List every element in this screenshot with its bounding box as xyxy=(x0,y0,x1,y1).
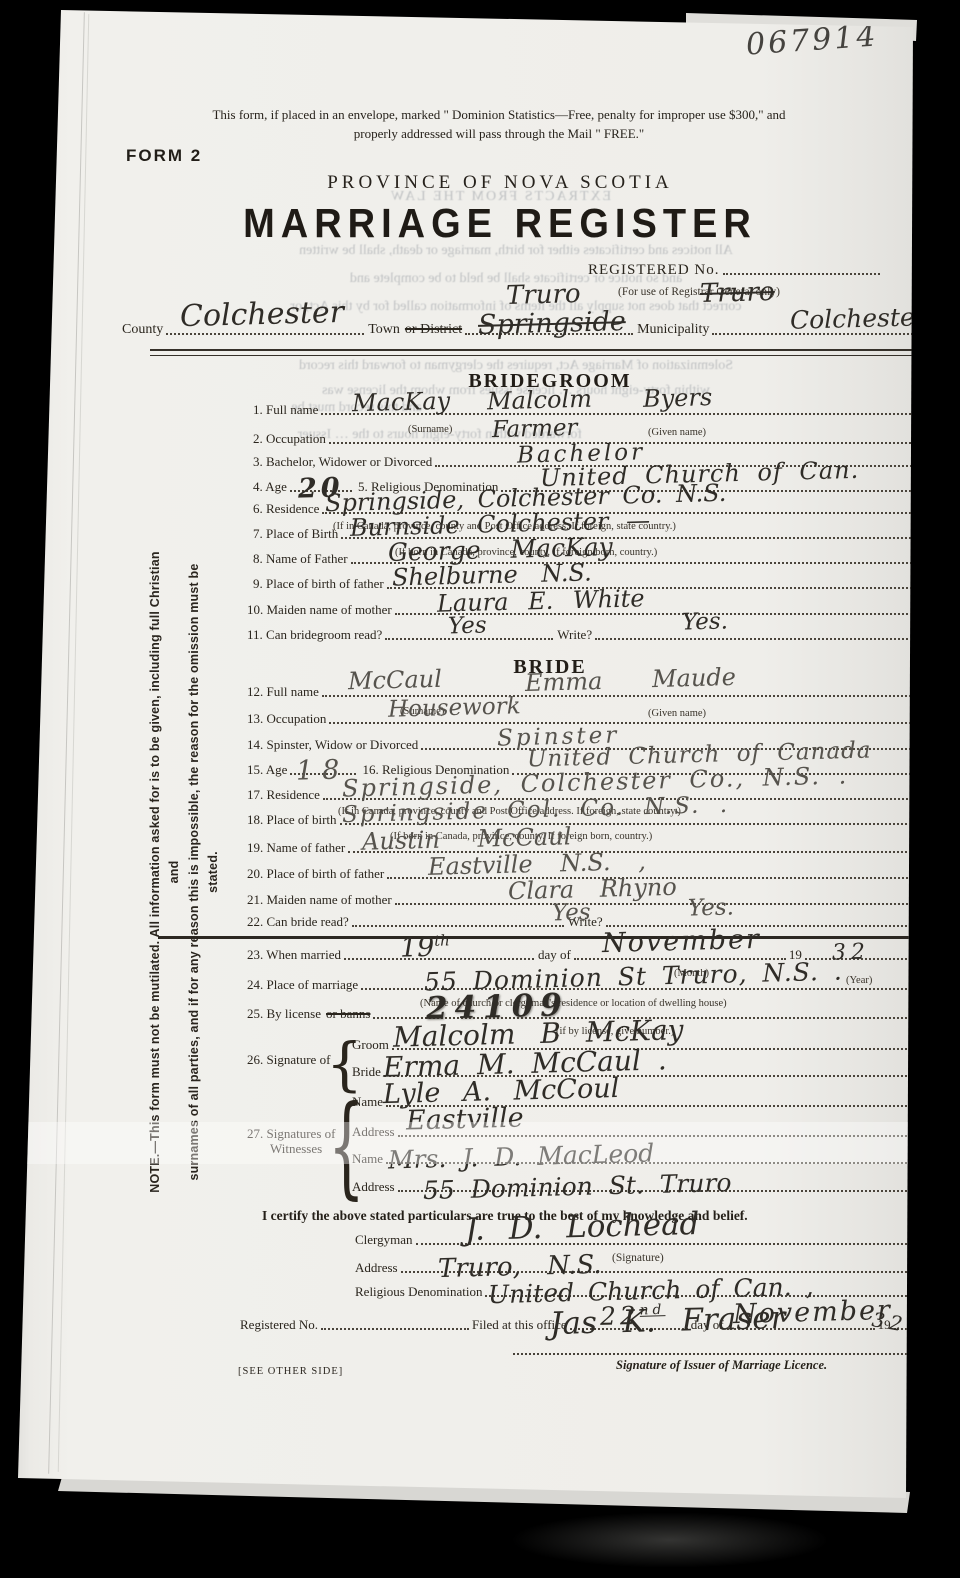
given-name-sublabel: (Given name) xyxy=(648,427,706,438)
father-birthplace-label: 9. Place of birth of father xyxy=(253,576,384,592)
bride-write-value: Yes. xyxy=(688,896,735,920)
bride-literacy-label: 22. Can bride read? xyxy=(247,914,349,930)
registered-no-bottom-label: Registered No. xyxy=(240,1317,318,1333)
form-number: FORM 2 xyxy=(126,146,202,166)
groom-father-birthplace-value: Shelburne N.S. xyxy=(392,560,592,589)
full-name-label: 1. Full name xyxy=(253,402,318,418)
town-value-struck: Springside xyxy=(478,308,626,339)
day-of-label: day of xyxy=(538,947,571,963)
section-divider-double-rule xyxy=(150,349,940,356)
issuer-signature-label: Signature of Issuer of Marriage Licence. xyxy=(616,1358,827,1373)
town-label: Town xyxy=(368,322,400,338)
groom-write-value: Yes. xyxy=(682,610,729,634)
mailing-note: This form, if placed in an envelope, mar… xyxy=(163,106,835,144)
occupation-label: 2. Occupation xyxy=(253,431,326,447)
witness2-name-value: Mrs. J. D. MacLeod xyxy=(388,1141,655,1173)
county-label: County xyxy=(122,322,163,338)
page-title: MARRIAGE REGISTER xyxy=(200,201,800,247)
mailing-note-line2: properly addressed will pass through the… xyxy=(163,125,835,144)
groom-surname-value: MacKay xyxy=(352,389,451,416)
clergyman-address-label: Address xyxy=(355,1260,398,1276)
bride-mother-line xyxy=(395,903,935,905)
issuer-signature-value: Jas K. Fraser xyxy=(550,1303,786,1340)
bride-signature-label: Bride xyxy=(352,1064,381,1080)
margin-note-line2: surnames of all parties, and if for any … xyxy=(185,546,224,1198)
registered-no-bottom-line xyxy=(321,1328,469,1330)
clergyman-signature-value: J. D. Lochead xyxy=(465,1209,700,1246)
bride-birthplace-label: 18. Place of birth xyxy=(247,812,337,828)
municipality-struck-note: Truro xyxy=(700,279,775,307)
marriage-month-value: November xyxy=(602,926,762,957)
paper-edge-seam xyxy=(58,14,90,1472)
license-label: 25. By license xyxy=(247,1006,321,1022)
witness1-address-value: Eastville xyxy=(406,1104,524,1134)
issuer-signature-line xyxy=(513,1353,935,1355)
margin-note: NOTE.—This form must not be mutilated. A… xyxy=(146,546,224,1198)
status-label: 3. Bachelor, Widower or Divorced xyxy=(253,454,432,470)
bride-mother-label: 21. Maiden name of mother xyxy=(247,892,392,908)
year-sublabel: (Year) xyxy=(846,975,872,986)
field-row-literacy: 11. Can bridegroom read? Write? xyxy=(247,627,935,643)
denomination-label: Religious Denomination xyxy=(355,1284,482,1300)
witness1-name-label: Name xyxy=(352,1094,383,1110)
bride-occupation-line xyxy=(329,722,935,724)
bride-occupation-label: 13. Occupation xyxy=(247,711,326,727)
margin-note-line1: NOTE.—This form must not be mutilated. A… xyxy=(146,546,185,1198)
birthplace-label: 7. Place of Birth xyxy=(253,526,338,542)
witness1-address-line xyxy=(398,1135,935,1137)
bride-mother-value: Clara Rhyno xyxy=(508,875,677,903)
mailing-note-line1: This form, if placed in an envelope, mar… xyxy=(163,106,835,125)
bottom-smudge xyxy=(510,1512,830,1568)
bride-given1-value: Emma xyxy=(525,669,603,695)
bride-age-label: 15. Age xyxy=(247,762,287,778)
literacy-write-line xyxy=(595,638,935,640)
groom-occupation-value: Farmer xyxy=(492,417,578,442)
province-heading: PROVINCE OF NOVA SCOTIA xyxy=(270,172,730,194)
witness1-address-label: Address xyxy=(352,1124,395,1140)
bride-occupation-value: Housework xyxy=(388,695,521,721)
literacy-label: 11. Can bridegroom read? xyxy=(247,627,382,643)
mother-label: 10. Maiden name of mother xyxy=(247,602,392,618)
witness2-address-label: Address xyxy=(352,1179,395,1195)
bride-father-label: 19. Name of father xyxy=(247,840,345,856)
bride-literacy-read-line xyxy=(352,925,564,927)
banns-label-struck: or banns xyxy=(326,1006,370,1022)
place-of-marriage-label: 24. Place of marriage xyxy=(247,977,358,993)
witnesses-label: Witnesses xyxy=(270,1141,322,1157)
groom-read-value: Yes xyxy=(448,614,487,638)
serial-number: 067914 xyxy=(745,21,879,60)
signature-of-label: 26. Signature of xyxy=(247,1052,330,1068)
see-other-side-note: [SEE OTHER SIDE] xyxy=(238,1366,343,1377)
town-correction: Truro xyxy=(506,281,581,309)
registered-no-label: REGISTERED No. xyxy=(588,262,720,278)
surname-sublabel: (Surname) xyxy=(408,424,452,435)
municipality-label: Municipality xyxy=(637,322,709,338)
signature-sublabel: (Signature) xyxy=(612,1252,664,1264)
bride-given-name-sublabel: (Given name) xyxy=(648,708,706,719)
witness2-address-value: 55 Dominion St. Truro xyxy=(423,1170,732,1203)
bride-full-name-label: 12. Full name xyxy=(247,684,319,700)
bride-read-value: Yes xyxy=(552,901,591,925)
clergyman-label: Clergyman xyxy=(355,1232,413,1248)
bride-given2-value: Maude xyxy=(652,665,737,691)
registered-no-row: REGISTERED No. xyxy=(588,262,880,278)
groom-given1-value: Malcolm xyxy=(487,387,592,414)
when-married-label: 23. When married xyxy=(247,947,341,963)
write-label: Write? xyxy=(557,627,592,643)
filed-year-value: 32 xyxy=(871,1309,909,1335)
registered-no-line xyxy=(723,273,881,275)
bride-age-value: 18 xyxy=(296,756,349,784)
bride-father-birthplace-label: 20. Place of birth of father xyxy=(247,866,384,882)
groom-given2-value: Byers xyxy=(643,385,713,411)
father-label: 8. Name of Father xyxy=(253,551,348,567)
witness2-name-label: Name xyxy=(352,1151,383,1167)
town-label-struck: or District xyxy=(405,322,462,338)
section-divider-thick-rule xyxy=(158,936,940,939)
county-value: Colchester xyxy=(180,298,345,332)
marriage-day-value: 19th xyxy=(400,933,451,961)
witness-signatures-label: 27. Signatures of xyxy=(247,1126,335,1142)
municipality-value: Colchester xyxy=(790,304,927,333)
paper-edge-seam xyxy=(48,12,85,1474)
document-paper: EXTRACTS FROM THE LAW All notices and ce… xyxy=(0,0,960,1578)
age-label: 4. Age xyxy=(253,479,287,495)
groom-mother-value: Laura E. White xyxy=(437,586,645,615)
bride-surname-value: McCaul xyxy=(348,667,442,693)
bride-status-label: 14. Spinster, Widow or Divorced xyxy=(247,737,418,753)
bride-residence-label: 17. Residence xyxy=(247,787,320,803)
